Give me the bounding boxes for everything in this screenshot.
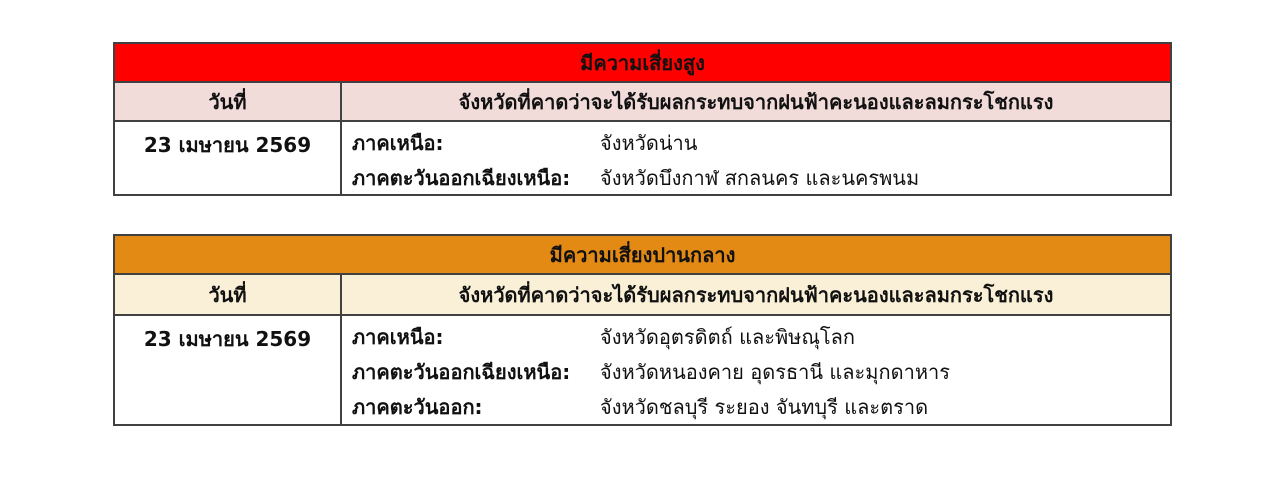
date-column-header: วันที่ [115,275,342,314]
moderate-risk-data-row: 23 เมษายน 2569 ภาคเหนือ: จังหวัดอุตรดิตถ… [115,316,1170,424]
region-label: ภาคตะวันออก: [352,390,600,425]
region-row-east: ภาคตะวันออก: จังหวัดชลบุรี ระยอง จันทบุร… [352,390,1162,425]
page: มีความเสี่ยงสูง วันที่ จังหวัดที่คาดว่าจ… [0,0,1280,494]
high-risk-data-row: 23 เมษายน 2569 ภาคเหนือ: จังหวัดน่าน ภาค… [115,122,1170,194]
region-label: ภาคเหนือ: [352,126,600,161]
province-list: จังหวัดหนองคาย อุดรธานี และมุกดาหาร [600,355,950,390]
region-row-north: ภาคเหนือ: จังหวัดอุตรดิตถ์ และพิษณุโลก [352,320,1162,355]
moderate-risk-column-header-row: วันที่ จังหวัดที่คาดว่าจะได้รับผลกระทบจา… [115,275,1170,316]
provinces-column-header: จังหวัดที่คาดว่าจะได้รับผลกระทบจากฝนฟ้าค… [342,83,1170,120]
date-cell: 23 เมษายน 2569 [115,316,342,424]
high-risk-table-title: มีความเสี่ยงสูง [115,44,1170,83]
region-row-northeast: ภาคตะวันออกเฉียงเหนือ: จังหวัดบึงกาฬ สกล… [352,161,1162,196]
province-list: จังหวัดชลบุรี ระยอง จันทบุรี และตราด [600,390,928,425]
region-label: ภาคตะวันออกเฉียงเหนือ: [352,355,600,390]
provinces-cell: ภาคเหนือ: จังหวัดอุตรดิตถ์ และพิษณุโลก ภ… [342,316,1170,424]
date-cell: 23 เมษายน 2569 [115,122,342,194]
province-list: จังหวัดน่าน [600,126,697,161]
region-row-northeast: ภาคตะวันออกเฉียงเหนือ: จังหวัดหนองคาย อุ… [352,355,1162,390]
high-risk-column-header-row: วันที่ จังหวัดที่คาดว่าจะได้รับผลกระทบจา… [115,83,1170,122]
provinces-cell: ภาคเหนือ: จังหวัดน่าน ภาคตะวันออกเฉียงเห… [342,122,1170,194]
provinces-column-header: จังหวัดที่คาดว่าจะได้รับผลกระทบจากฝนฟ้าค… [342,275,1170,314]
province-list: จังหวัดอุตรดิตถ์ และพิษณุโลก [600,320,855,355]
region-label: ภาคตะวันออกเฉียงเหนือ: [352,161,600,196]
high-risk-table: มีความเสี่ยงสูง วันที่ จังหวัดที่คาดว่าจ… [113,42,1172,196]
region-label: ภาคเหนือ: [352,320,600,355]
province-list: จังหวัดบึงกาฬ สกลนคร และนครพนม [600,161,919,196]
region-row-north: ภาคเหนือ: จังหวัดน่าน [352,126,1162,161]
moderate-risk-table-title: มีความเสี่ยงปานกลาง [115,236,1170,275]
date-column-header: วันที่ [115,83,342,120]
moderate-risk-table: มีความเสี่ยงปานกลาง วันที่ จังหวัดที่คาด… [113,234,1172,426]
